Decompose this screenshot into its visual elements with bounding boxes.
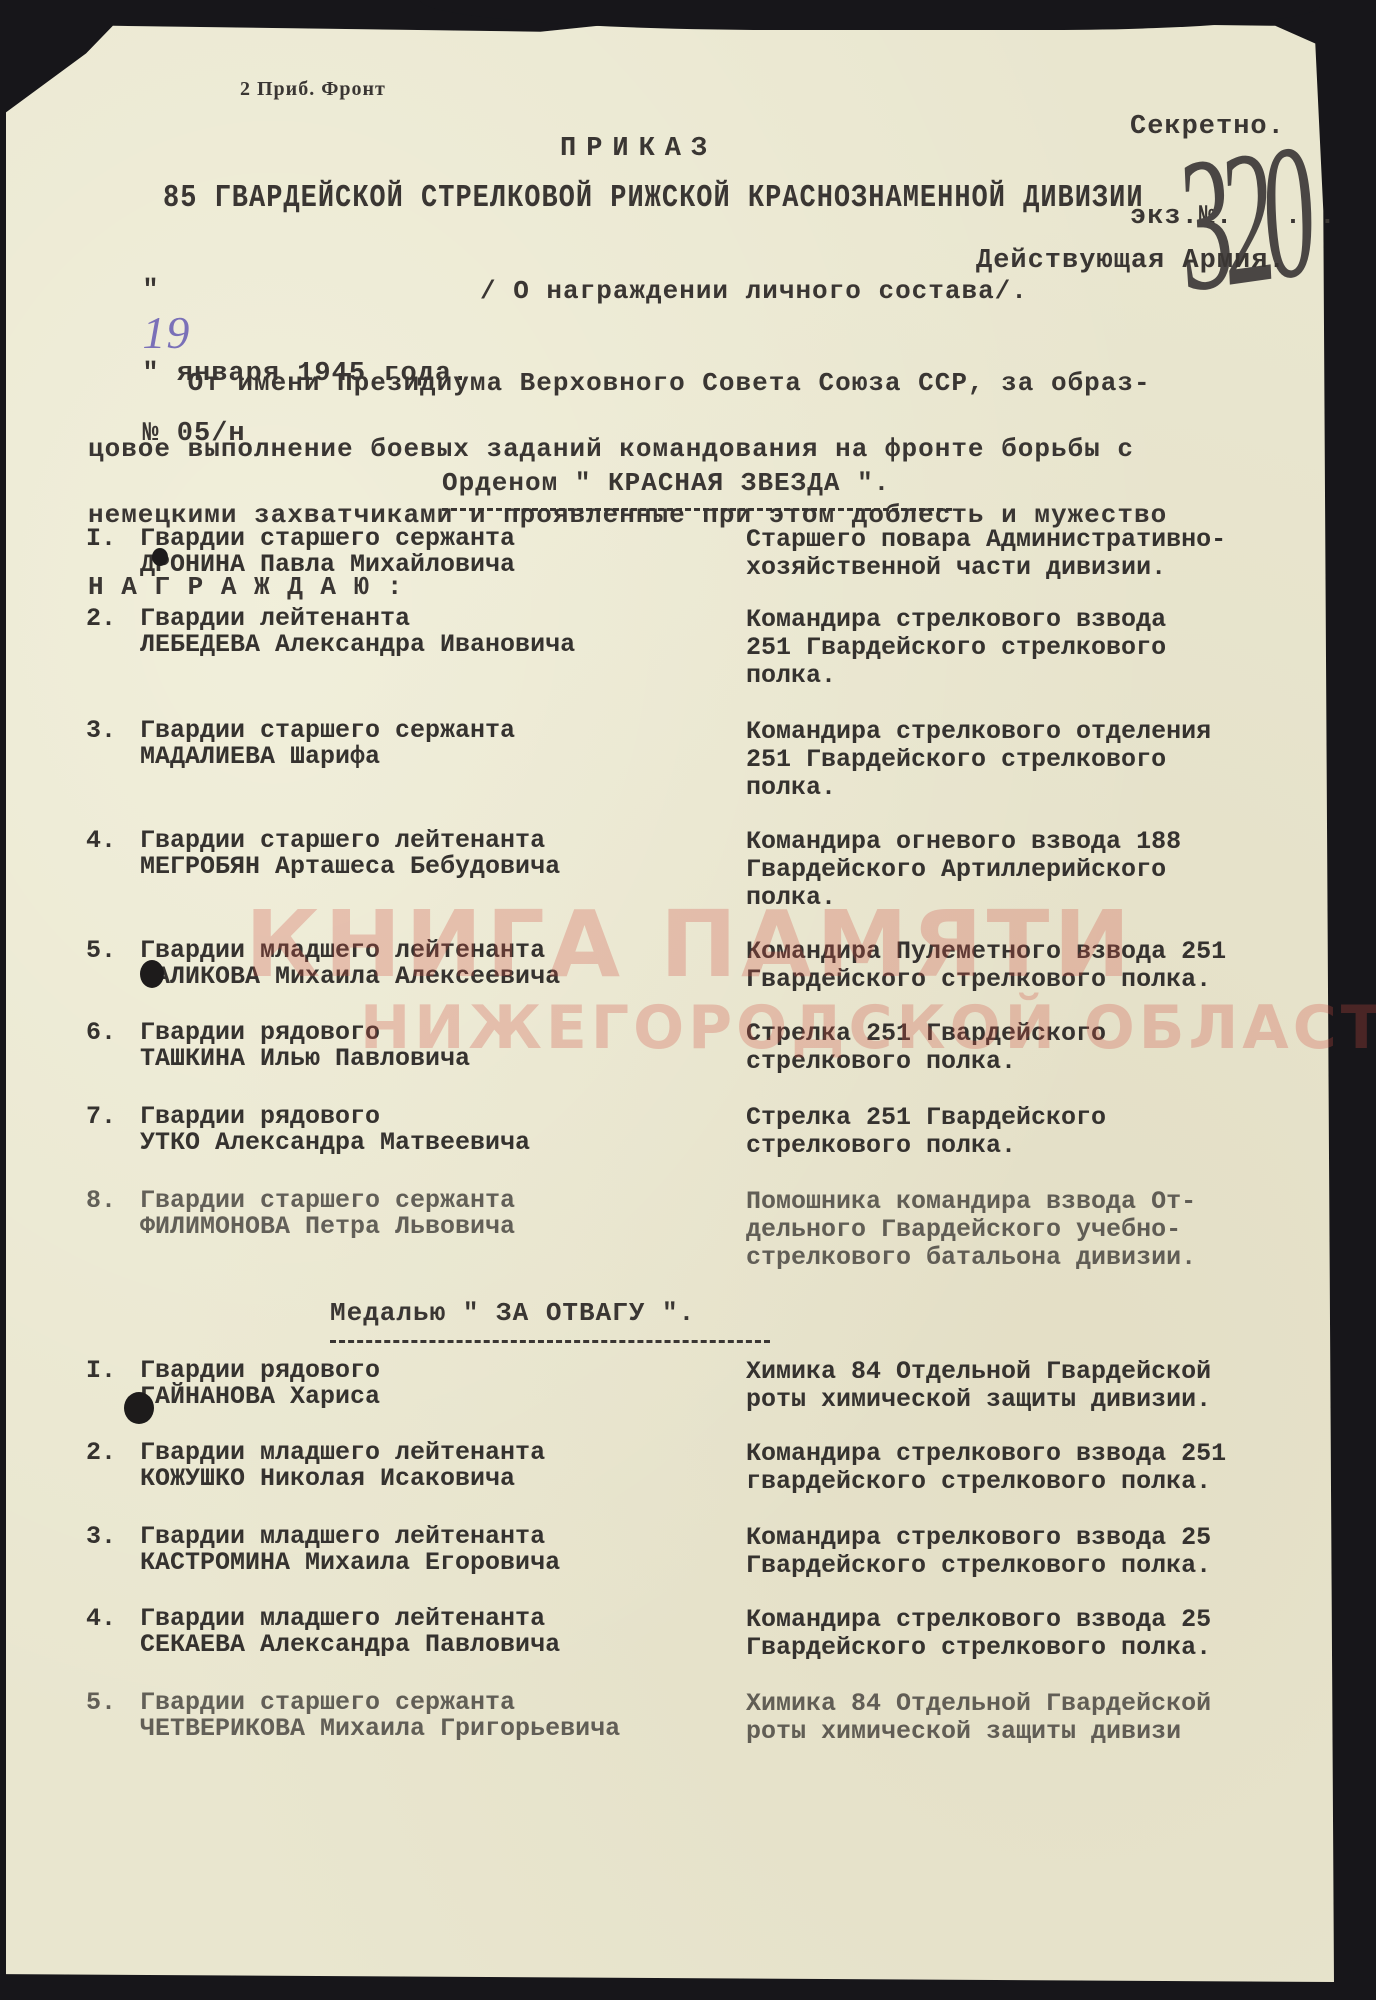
entry-name: КОЖУШКО Николая Исаковича <box>140 1466 515 1492</box>
date-quote: " <box>142 276 159 306</box>
entry-number: 3. <box>86 718 116 744</box>
entry-rank: Гвардии старшего лейтенанта <box>140 828 545 854</box>
entry-name: СЕКАЕВА Александра Павловича <box>140 1632 560 1658</box>
entry-number: 5. <box>86 938 116 964</box>
entry-number: 6. <box>86 1020 116 1046</box>
heading-underline <box>330 1340 770 1343</box>
section-heading-red-star: Орденом " КРАСНАЯ ЗВЕЗДА ". <box>442 468 890 498</box>
entry-rank: Гвардии старшего сержанта <box>140 1188 515 1214</box>
order-subject: / О награждении личного состава/. <box>480 276 1028 306</box>
entry-name: ЧЕТВЕРИКОВА Михаила Григорьевича <box>140 1716 620 1742</box>
entry-name: ФИЛИМОНОВА Петра Львовича <box>140 1214 515 1240</box>
entry-name: МЕГРОБЯН Арташеса Бебудовича <box>140 854 560 880</box>
entry-rank: Гвардии младшего лейтенанта <box>140 1524 545 1550</box>
entry-rank: Гвардии старшего сержанта <box>140 1690 515 1716</box>
division-name: 85 ГВАРДЕЙСКОЙ СТРЕЛКОВОЙ РИЖСКОЙ КРАСНО… <box>163 182 1144 217</box>
entry-rank: Гвардии рядового <box>140 1358 380 1384</box>
entry-name: ЛЕБЕДЕВА Александра Ивановича <box>140 632 575 658</box>
entry-number: I. <box>86 1358 116 1384</box>
entry-position: Командира стрелкового взвода 251 Гвардей… <box>746 606 1166 690</box>
entry-number: 4. <box>86 828 116 854</box>
punch-hole <box>124 1392 154 1424</box>
entry-name: КАСТРОМИНА Михаила Егоровича <box>140 1550 560 1576</box>
entry-position: Химика 84 Отдельной Гвардейской роты хим… <box>746 1690 1211 1746</box>
torn-edge <box>420 0 1320 30</box>
intro-line: От имени Президиума Верховного Совета Со… <box>88 372 1338 394</box>
entry-rank: Гвардии рядового <box>140 1104 380 1130</box>
entry-position: Командира стрелкового взвода 251 гвардей… <box>746 1440 1226 1496</box>
heading-underline <box>442 508 952 511</box>
entry-position: Командира стрелкового взвода 25 Гвардейс… <box>746 1606 1211 1662</box>
entry-rank: Гвардии рядового <box>140 1020 380 1046</box>
entry-rank: Гвардии младшего лейтенанта <box>140 1440 545 1466</box>
intro-line: цовое выполнение боевых заданий командов… <box>88 438 1338 460</box>
entry-name: ДРОНИНА Павла Михайловича <box>140 552 515 578</box>
document-title: ПРИКАЗ <box>560 134 717 164</box>
entry-number: 3. <box>86 1524 116 1550</box>
entry-number: 2. <box>86 606 116 632</box>
entry-rank: Гвардии старшего сержанта <box>140 718 515 744</box>
section-heading-for-courage: Медалью " ЗА ОТВАГУ ". <box>330 1298 695 1328</box>
watermark-kniga-pamyati: КНИГА ПАМЯТИ <box>245 905 1134 985</box>
entry-name: ГАЙНАНОВА Хариса <box>140 1384 380 1410</box>
entry-rank: Гвардии старшего сержанта <box>140 526 515 552</box>
entry-position: Командира стрелкового взвода 25 Гвардейс… <box>746 1524 1211 1580</box>
watermark-region: НИЖЕГОРОДСКОЙ ОБЛАСТИ <box>360 988 1376 1068</box>
entry-name: МАДАЛИЕВА Шарифа <box>140 744 380 770</box>
entry-number: 7. <box>86 1104 116 1130</box>
entry-position: Стрелка 251 Гвардейского стрелкового пол… <box>746 1104 1106 1160</box>
front-label: 2 Приб. Фронт <box>240 78 386 101</box>
entry-rank: Гвардии лейтенанта <box>140 606 410 632</box>
entry-number: I. <box>86 526 116 552</box>
entry-number: 8. <box>86 1188 116 1214</box>
entry-position: Командира стрелкового отделения 251 Гвар… <box>746 718 1211 802</box>
entry-number: 4. <box>86 1606 116 1632</box>
entry-number: 2. <box>86 1440 116 1466</box>
entry-name: УТКО Александра Матвеевича <box>140 1130 530 1156</box>
entry-position: Старшего повара Административно- хозяйст… <box>746 526 1226 582</box>
entry-position: Помошника командира взвода От- дельного … <box>746 1188 1196 1272</box>
entry-position: Химика 84 Отдельной Гвардейской роты хим… <box>746 1358 1211 1414</box>
entry-number: 5. <box>86 1690 116 1716</box>
entry-rank: Гвардии младшего лейтенанта <box>140 1606 545 1632</box>
punch-hole <box>140 960 164 988</box>
army-label: Действующая Армия. <box>976 246 1286 276</box>
ink-blot <box>152 548 168 566</box>
